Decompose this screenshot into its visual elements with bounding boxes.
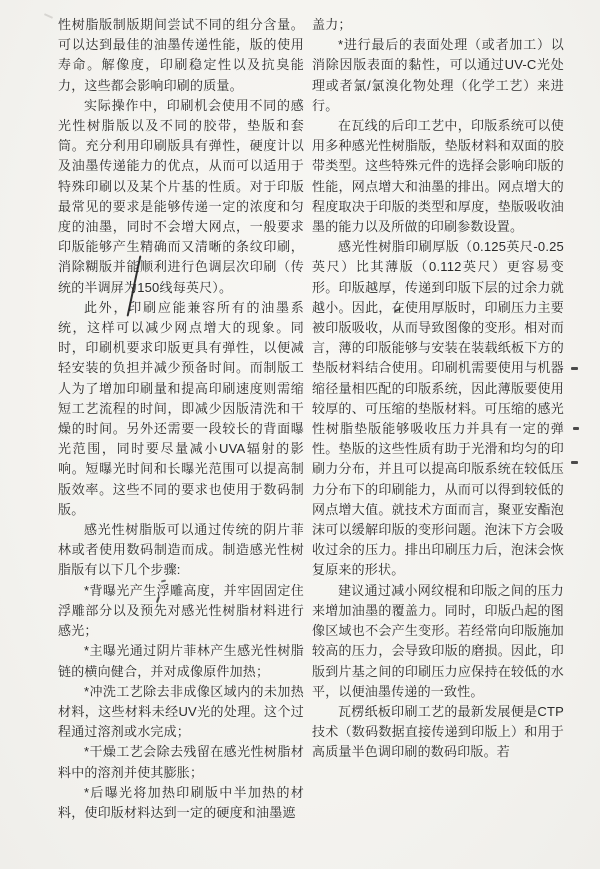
page-edge-ink-dash (571, 461, 578, 464)
scan-smudge (44, 13, 53, 19)
bullet-paragraph: *主曝光通过阴片菲林产生感光性树脂链的横向健合，并对成像原件加热； (58, 641, 304, 681)
scanned-document-page: 性树脂版制版期间尝试不同的组分含量。可以达到最佳的油墨传递性能，版的使用寿命。解… (0, 0, 600, 869)
paragraph: 在瓦线的后印工艺中，印版系统可以使用多种感光性树脂版，垫版材料和双面的胶带类型。… (312, 116, 564, 237)
paragraph: 建议通过减小网纹棍和印版之间的压力来增加油墨的覆盖力。同时，印版凸起的图像区域也… (312, 581, 564, 702)
bullet-paragraph: *背曝光产生浮雕高度，并牢固固定住浮雕部分以及预先对感光性树脂材料进行感光； (58, 581, 304, 642)
bullet-paragraph: *冲洗工艺除去非成像区域内的未加热材料，这些材料未经UV光的处理。这个过程通过溶… (58, 682, 304, 743)
paragraph: 感光性树脂印刷厚版（0.125英尺-0.25英尺）比其薄版（0.112英尺）更容… (312, 237, 564, 580)
paragraph: 此外，印刷应能兼容所有的油墨系统，这样可以减少网点增大的现象。同时，印刷机要求印… (58, 298, 304, 520)
paragraph: 实际操作中，印刷机会使用不同的感光性树脂版以及不同的胶带，垫版和套筒。充分利用印… (58, 96, 304, 298)
page-edge-ink-dash (571, 367, 578, 370)
right-text-column: 盖力； *进行最后的表面处理（或者加工）以消除因版表面的黏性，可以通过UV-C光… (312, 15, 564, 763)
bullet-paragraph: *后曝光将加热印刷版中半加热的材料，使印版材料达到一定的硬度和油墨遮 (58, 783, 304, 823)
paragraph: 瓦楞纸板印刷工艺的最新发展便是CTP技术（数码数据直接传递到印版上）和用于高质量… (312, 702, 564, 763)
bullet-paragraph: *进行最后的表面处理（或者加工）以消除因版表面的黏性，可以通过UV-C光处理或者… (312, 35, 564, 116)
bullet-paragraph: *干燥工艺会除去残留在感光性树脂材料中的溶剂并使其膨胀； (58, 742, 304, 782)
page-edge-ink-dash (573, 427, 579, 430)
scan-speck (317, 748, 320, 751)
left-text-column: 性树脂版制版期间尝试不同的组分含量。可以达到最佳的油墨传递性能，版的使用寿命。解… (58, 15, 304, 823)
paragraph-continuation: 性树脂版制版期间尝试不同的组分含量。可以达到最佳的油墨传递性能，版的使用寿命。解… (58, 15, 304, 96)
paragraph: 感光性树脂版可以通过传统的阴片菲林或者使用数码制造而成。制造感光性树脂版有以下几… (58, 520, 304, 581)
paragraph-continuation: 盖力； (312, 15, 564, 35)
